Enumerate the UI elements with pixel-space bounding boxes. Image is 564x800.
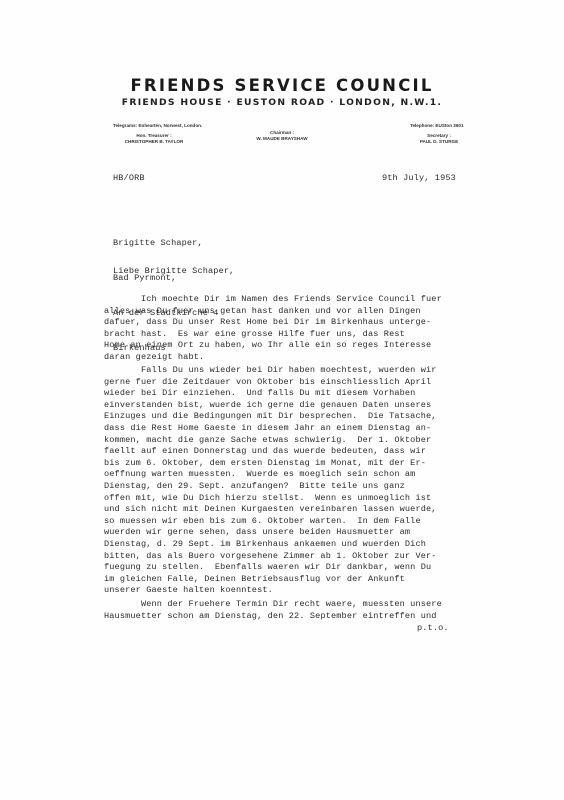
text-line: kommen, macht die ganze Sache etwas schw… [104, 435, 437, 447]
letterhead-treasurer: Hon. Treasurer : CHRISTOPHER B. TAYLOR [108, 133, 200, 144]
text-line: Wenn der Fruehere Termin Dir recht waere… [104, 599, 442, 611]
text-line: offen mit, wie Du Dich hierzu stellst. W… [104, 493, 437, 505]
text-line: bracht hast. Es war eine grosse Hilfe fu… [104, 329, 442, 341]
letter-page: FRIENDS SERVICE COUNCIL FRIENDS HOUSE · … [0, 0, 564, 800]
letterhead-chairman: Chairman : W. MAUDE BRAYSHAW [236, 130, 328, 141]
treasurer-name: CHRISTOPHER B. TAYLOR [108, 139, 200, 145]
paragraph-3: Wenn der Fruehere Termin Dir recht waere… [104, 599, 442, 622]
text-line: Dienstag, d. 29 Sept. im Birkenhaus anka… [104, 539, 437, 551]
reference: HB/ORB [113, 173, 145, 185]
text-line: Hausmuetter schon am Dienstag, den 22. S… [104, 611, 442, 623]
text-line: dass die Rest Home Gaeste in diesem Jahr… [104, 423, 437, 435]
recipient-line: Brigitte Schaper, [113, 238, 219, 250]
text-line: unserer Gaeste halten koenntest. [104, 585, 437, 597]
text-line: dafuer, dass Du unser Rest Home bei Dir … [104, 317, 442, 329]
text-line: daran gezeigt habt. [104, 352, 442, 364]
text-line: so muessen wir eben bis zum 6. Oktober w… [104, 516, 437, 528]
text-line: faellt auf einen Donnerstag und das wuer… [104, 446, 437, 458]
text-line: Ich moechte Dir im Namen des Friends Ser… [104, 294, 442, 306]
text-line: wuerden wir gerne sehen, dass unsere bei… [104, 527, 437, 539]
letter-date: 9th July, 1953 [382, 173, 456, 185]
text-line: bis zum 6. Oktober, dem ersten Dienstag … [104, 458, 437, 470]
text-line: bitten, das als Buero vorgesehene Zimmer… [104, 551, 437, 563]
text-line: Dienstag, den 29. Sept. anzufangen? Bitt… [104, 481, 437, 493]
paragraph-2: Falls Du uns wieder bei Dir haben moecht… [104, 365, 437, 597]
secretary-name: PAUL D. STURGE [404, 139, 474, 145]
letterhead-address: FRIENDS HOUSE · EUSTON ROAD · LONDON, N.… [0, 97, 564, 108]
text-line: einverstanden bist, wuerde ich gerne die… [104, 400, 437, 412]
text-line: oeffnung warten muessten. Wuerde es moeg… [104, 469, 437, 481]
page-turn-note: p.t.o. [417, 623, 449, 635]
paragraph-1: Ich moechte Dir im Namen des Friends Ser… [104, 294, 442, 364]
chairman-name: W. MAUDE BRAYSHAW [236, 136, 328, 142]
letterhead-telegrams: Telegrams: Enhearten, Norwest, London. [113, 123, 202, 129]
text-line: fuegung zu stellen. Ebenfalls waeren wir… [104, 562, 437, 574]
letterhead-organization: FRIENDS SERVICE COUNCIL [0, 76, 564, 95]
text-line: und sich nicht mit Deinen Kurgaesten ver… [104, 504, 437, 516]
text-line: wieder bei Dir einziehen. Und falls Du m… [104, 388, 437, 400]
letterhead-telephone: Telephone: EUSton 3601 [410, 123, 464, 129]
text-line: im gleichen Falle, Deinen Betriebsausflu… [104, 574, 437, 586]
salutation: Liebe Brigitte Schaper, [113, 266, 234, 278]
text-line: gerne fuer die Zeitdauer von Oktober bis… [104, 377, 437, 389]
text-line: Einzuges und die Bedingungen mit Dir bes… [104, 411, 437, 423]
text-line: alles was Du fuer uns getan hast danken … [104, 306, 442, 318]
text-line: Falls Du uns wieder bei Dir haben moecht… [104, 365, 437, 377]
letterhead-secretary: Secretary : PAUL D. STURGE [404, 133, 474, 144]
text-line: Home an einem Ort zu haben, wo Ihr alle … [104, 340, 442, 352]
